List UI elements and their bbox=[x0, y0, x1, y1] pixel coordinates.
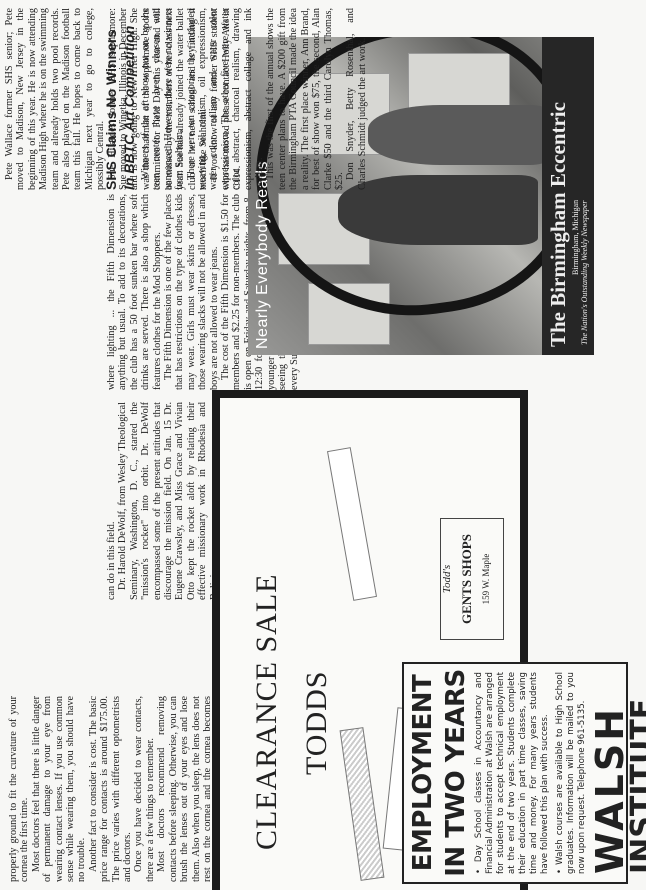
store-logo: Todd's GENTS SHOPS 159 W. Maple bbox=[440, 518, 504, 640]
ad-bullet: • Walsh courses are available to High Sc… bbox=[555, 664, 592, 882]
paragraph: can do in this field. bbox=[106, 402, 117, 600]
paragraph: Most doctors feel that there is little d… bbox=[31, 696, 88, 882]
paragraph: Another fact to consider is cost. The ba… bbox=[88, 696, 134, 882]
store-name: TODDS bbox=[300, 671, 334, 775]
nameplate: The Birmingham Eccentric Birmingham, Mic… bbox=[542, 37, 594, 355]
school-name-2: INSTITUTE bbox=[628, 664, 646, 882]
logo-line: Todd's bbox=[441, 519, 453, 639]
walsh-institute-ad: EMPLOYMENT IN TWO YEARS • Day School cla… bbox=[402, 662, 628, 884]
newspaper-page: properly ground to fit the curvature of … bbox=[0, 0, 646, 890]
nameplate-tagline: The Nation's Outstanding Weekly Newspape… bbox=[580, 37, 589, 355]
school-name: WALSH bbox=[592, 664, 628, 882]
paragraph: where lighting ... the Fifth Dimension i… bbox=[106, 194, 163, 390]
ad-headline: EMPLOYMENT bbox=[410, 664, 437, 882]
paragraph: Pete Wallace former SHS senior; Pete mov… bbox=[4, 8, 107, 190]
logo-shop: GENTS SHOPS bbox=[459, 519, 475, 639]
paragraph: If you know of any former SHS student wh… bbox=[209, 8, 243, 190]
paragraph: The Fifth Dimension is one of the few pl… bbox=[163, 194, 220, 390]
paragraph: properly ground to fit the curvature of … bbox=[8, 696, 31, 882]
paragraph: Dr. Harold DeWolf, from Wesley Theologic… bbox=[117, 402, 220, 600]
paragraph: This was the first of the annual shows t… bbox=[265, 8, 345, 190]
nameplate-location: Birmingham, Michigan bbox=[571, 37, 580, 355]
ad-headline: CLEARANCE SALE bbox=[250, 574, 284, 851]
store-address: 159 W. Maple bbox=[481, 519, 491, 639]
paragraph: Sue Hilardes former SHS sophomore: Sue m… bbox=[107, 8, 210, 190]
ad-bullet: • Day School classes in Accountancy and … bbox=[470, 664, 555, 882]
paragraph: Once you have decided to wear contacts, … bbox=[133, 696, 156, 882]
moved-col: Pete Wallace former SHS senior; Pete mov… bbox=[4, 8, 244, 190]
paragraph: Don Snyder, Betty Rosenthal, and Charles… bbox=[345, 8, 368, 190]
ad-headline-2: IN TWO YEARS bbox=[443, 664, 470, 882]
trousers-illustration bbox=[340, 727, 385, 881]
nameplate-title: The Birmingham Eccentric bbox=[542, 37, 571, 355]
trousers-illustration bbox=[327, 447, 377, 601]
